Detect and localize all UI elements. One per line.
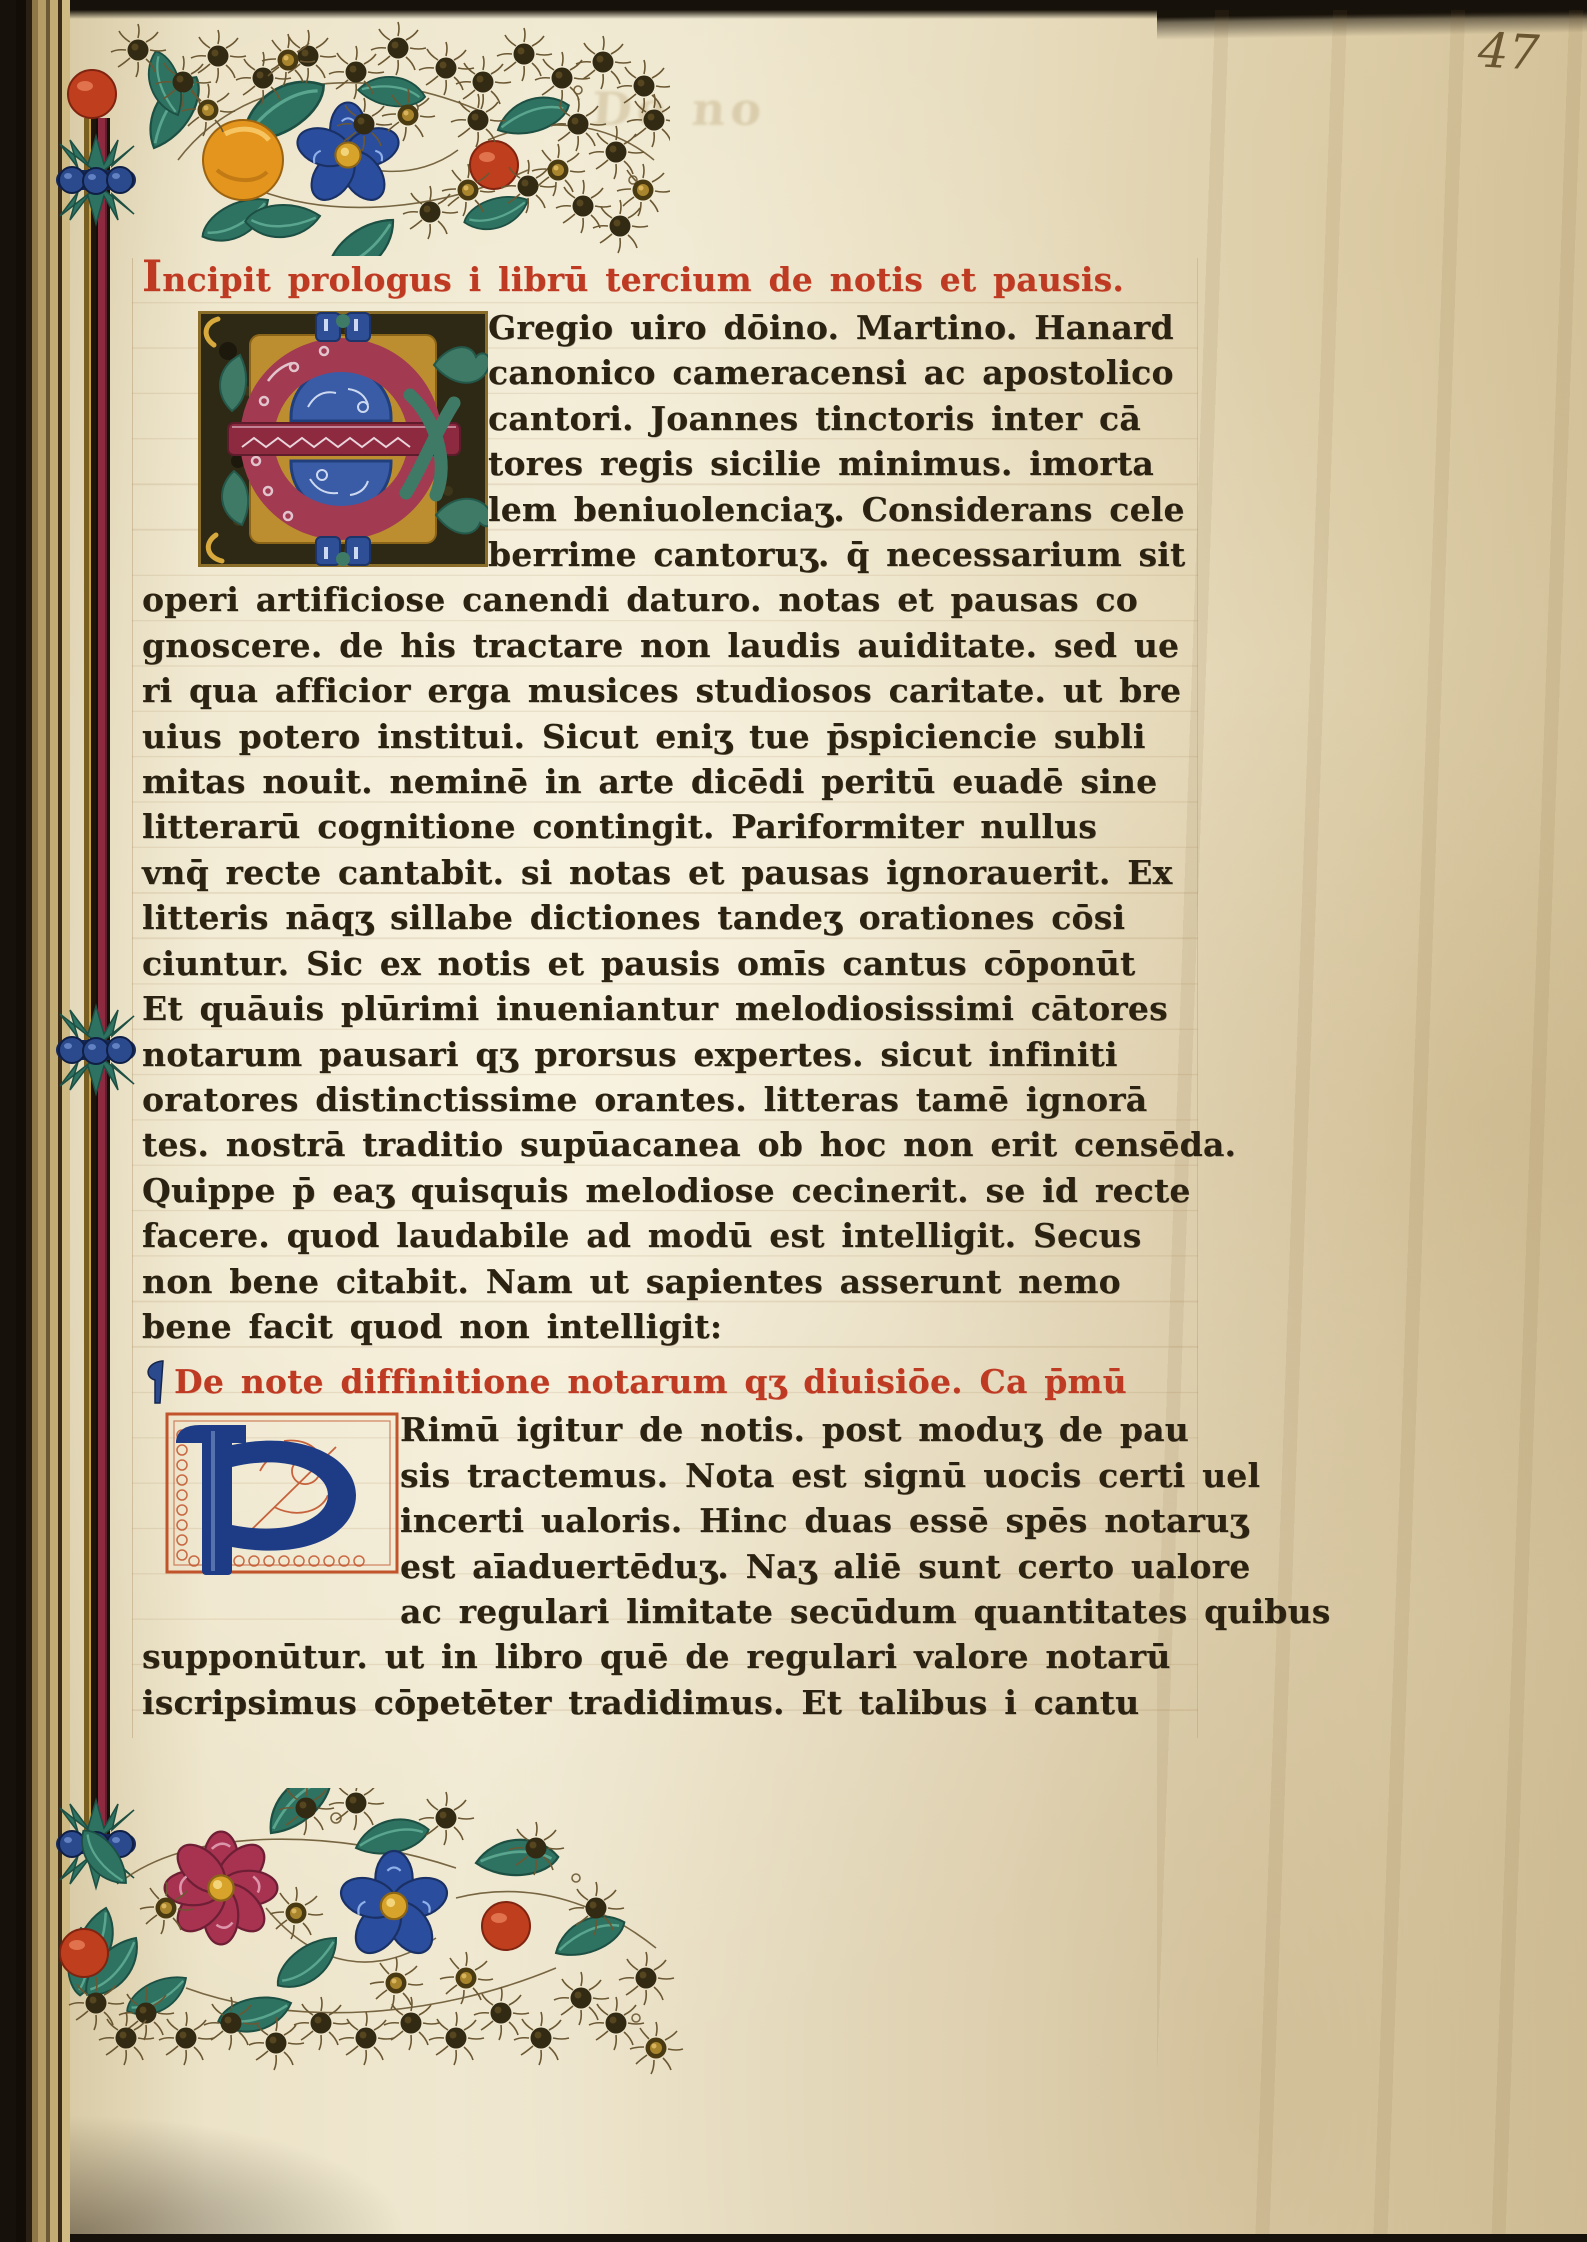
floral-ornament-bottom — [36, 1788, 686, 2088]
floral-ornament-top — [58, 20, 670, 256]
text-line: litteris nāqʒ sillabe dictiones tandeʒ o… — [142, 895, 1194, 940]
text-line: facere. quod laudabile ad modū est intel… — [142, 1213, 1194, 1258]
text-line: Quippe p̄ eaʒ quisquis melodiose ceciner… — [142, 1168, 1194, 1213]
text-line: bene facit quod non intelligit: — [142, 1304, 1194, 1349]
text-column: Incipit prologus i librū tercium de noti… — [142, 252, 1194, 1725]
text-line: ciuntur. Sic ex notis et pausis omīs can… — [142, 941, 1194, 986]
rubric-chapter: De note diffinitione notarum qʒ diuisiōe… — [174, 1357, 1127, 1407]
text-line: iscripsimus cōpetēter tradidimus. Et tal… — [142, 1680, 1194, 1725]
text-line: supponūtur. ut in libro quē de regulari … — [142, 1634, 1194, 1679]
text-line: vnq̄ recte cantabit. si notas et pausas … — [142, 850, 1194, 895]
folio-number: 47 — [1477, 22, 1541, 81]
text-line: litterarū cognitione contingit. Pariform… — [142, 804, 1194, 849]
text-line: oratores distinctissime orantes. littera… — [142, 1077, 1194, 1122]
text-line: Et quāuis plūrimi inueniantur melodiosis… — [142, 986, 1194, 1031]
chapter-paragraph: P — [142, 1407, 1194, 1725]
illuminated-initial-E: E — [142, 305, 488, 577]
text-line: mitas nouit. neminē in arte dicēdi perit… — [142, 759, 1194, 804]
text-line: operi artificiose canendi daturo. notas … — [142, 577, 1194, 622]
text-line: notarum pausari qʒ prorsus expertes. sic… — [142, 1032, 1194, 1077]
border-knot-middle — [52, 1002, 140, 1098]
border-bar — [84, 118, 110, 1848]
decorated-initial-P: P — [142, 1407, 400, 1589]
text-line: non bene citabit. Nam ut sapientes asser… — [142, 1259, 1194, 1304]
manuscript-page: De no 47 — [0, 0, 1587, 2242]
text-line: tes. nostrā traditio supūacanea ob hoc n… — [142, 1122, 1194, 1167]
prologue-paragraph: E — [142, 305, 1194, 1349]
text-line: gnoscere. de his tractare non laudis aui… — [142, 623, 1194, 668]
illuminated-initial-E-art — [198, 311, 488, 567]
chapter-heading-row: De note diffinitione notarum qʒ diuisiōe… — [142, 1357, 1194, 1407]
text-line: uius potero institui. Sicut eniʒ tue p̄s… — [142, 714, 1194, 759]
decorated-initial-P-art — [164, 1411, 400, 1581]
parchment-wrinkles — [1157, 10, 1587, 2234]
rubric-prologue: Incipit prologus i librū tercium de noti… — [142, 252, 1194, 305]
text-line: ri qua afficior erga musices studiosos c… — [142, 668, 1194, 713]
paragraph-mark-icon — [142, 1359, 166, 1405]
text-line: ac regulari limitate secūdum quantitates… — [142, 1589, 1194, 1634]
